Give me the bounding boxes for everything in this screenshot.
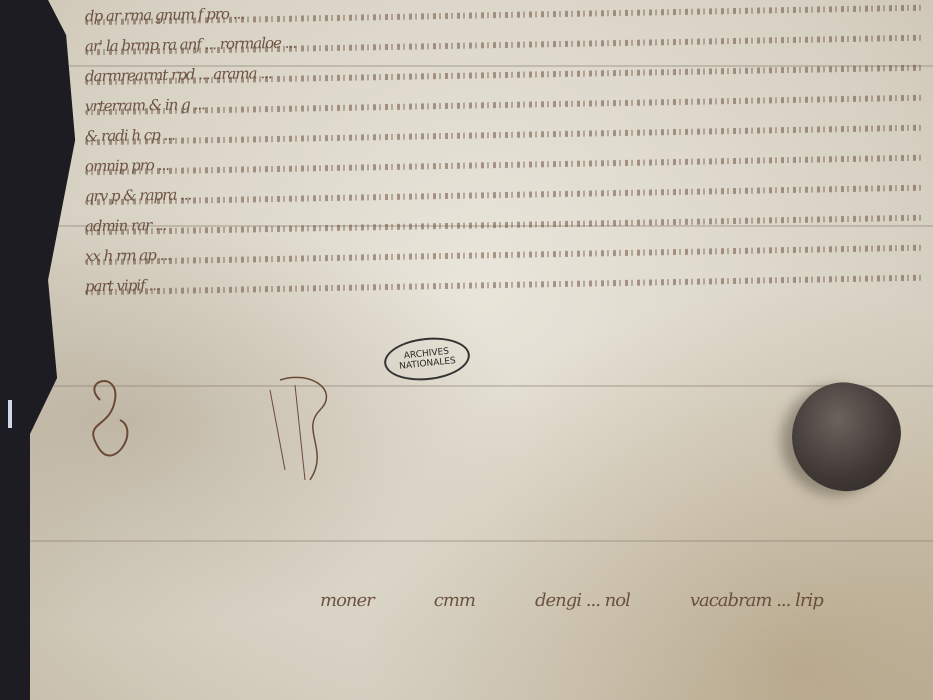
signature-word: vacabram ... lrip [690, 590, 823, 611]
parchment-document: dp ar rma gnum f pro ... ar' la brmp ra … [30, 0, 933, 700]
archives-nationales-stamp: ARCHIVES NATIONALES [382, 334, 472, 385]
wax-seal [783, 374, 908, 499]
signature-word: moner [320, 590, 374, 611]
signature-flourish-icon [80, 370, 380, 490]
fold-line [30, 540, 933, 542]
manuscript-text: dp ar rma gnum f pro ... ar' la brmp ra … [85, 0, 923, 300]
signature-word: dengi ... nol [535, 590, 630, 611]
signature-line: moner cmm dengi ... nol vacabram ... lri… [90, 590, 933, 611]
light-glare [8, 400, 12, 428]
signature-word: cmm [434, 590, 475, 611]
